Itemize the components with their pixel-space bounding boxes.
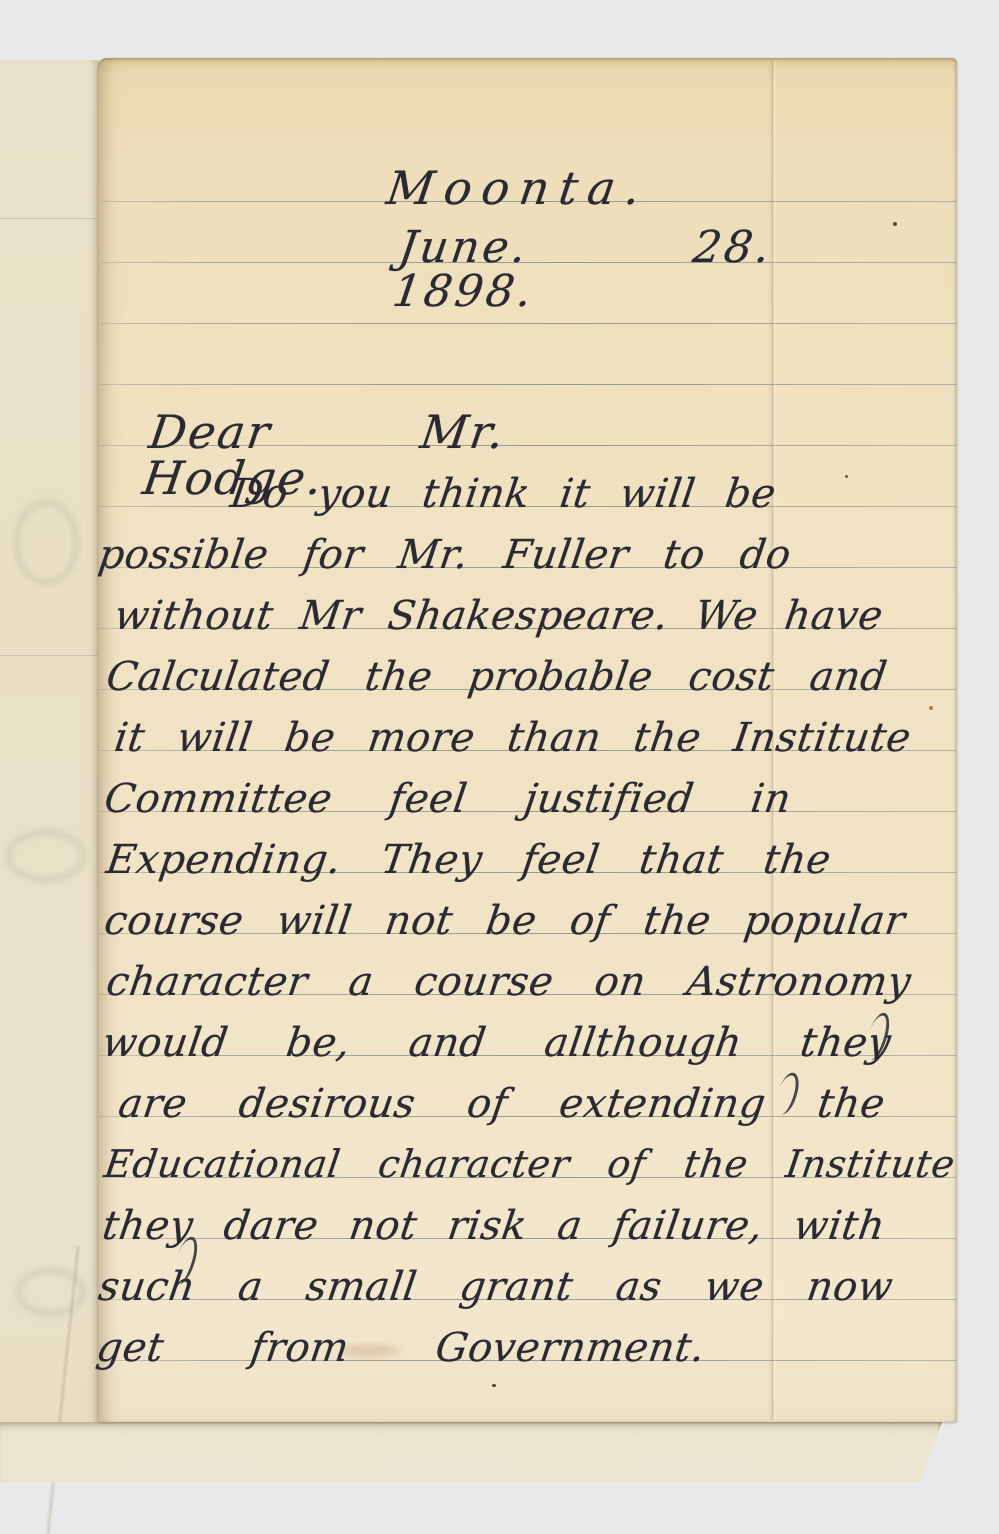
body-line: without Mr Shakespeare. We have (112, 596, 886, 636)
body-line: would be, and allthough they (100, 1023, 894, 1063)
body-line: Committee feel justified in (102, 779, 794, 819)
body-line: course will not be of the popular (102, 901, 908, 941)
body-line: Expending. They feel that the (104, 840, 834, 880)
handwriting-layer: Moonta.June. 28. 1898.Dear Mr. Hodge.Do … (0, 0, 999, 1482)
body-line: it will be more than the Institute (112, 718, 914, 758)
body-line: such a small grant as we now (96, 1267, 896, 1307)
date-line: June. 28. 1898. (390, 226, 775, 314)
body-line: are desirous of extending the (116, 1084, 888, 1124)
body-line: they dare not risk a failure, with (100, 1206, 888, 1246)
body-line: possible for Mr. Fuller to do (96, 535, 794, 575)
body-line: Calculated the probable cost and (104, 657, 890, 697)
body-line: Do you think it will be (228, 474, 779, 514)
body-line: character a course on Astronomy (104, 962, 914, 1002)
body-line: get from Government. (94, 1328, 708, 1368)
scanner-background: Moonta.June. 28. 1898.Dear Mr. Hodge.Do … (0, 0, 999, 1482)
place-line: Moonta. (384, 165, 640, 211)
body-line: Educational character of the Institute (102, 1145, 957, 1183)
